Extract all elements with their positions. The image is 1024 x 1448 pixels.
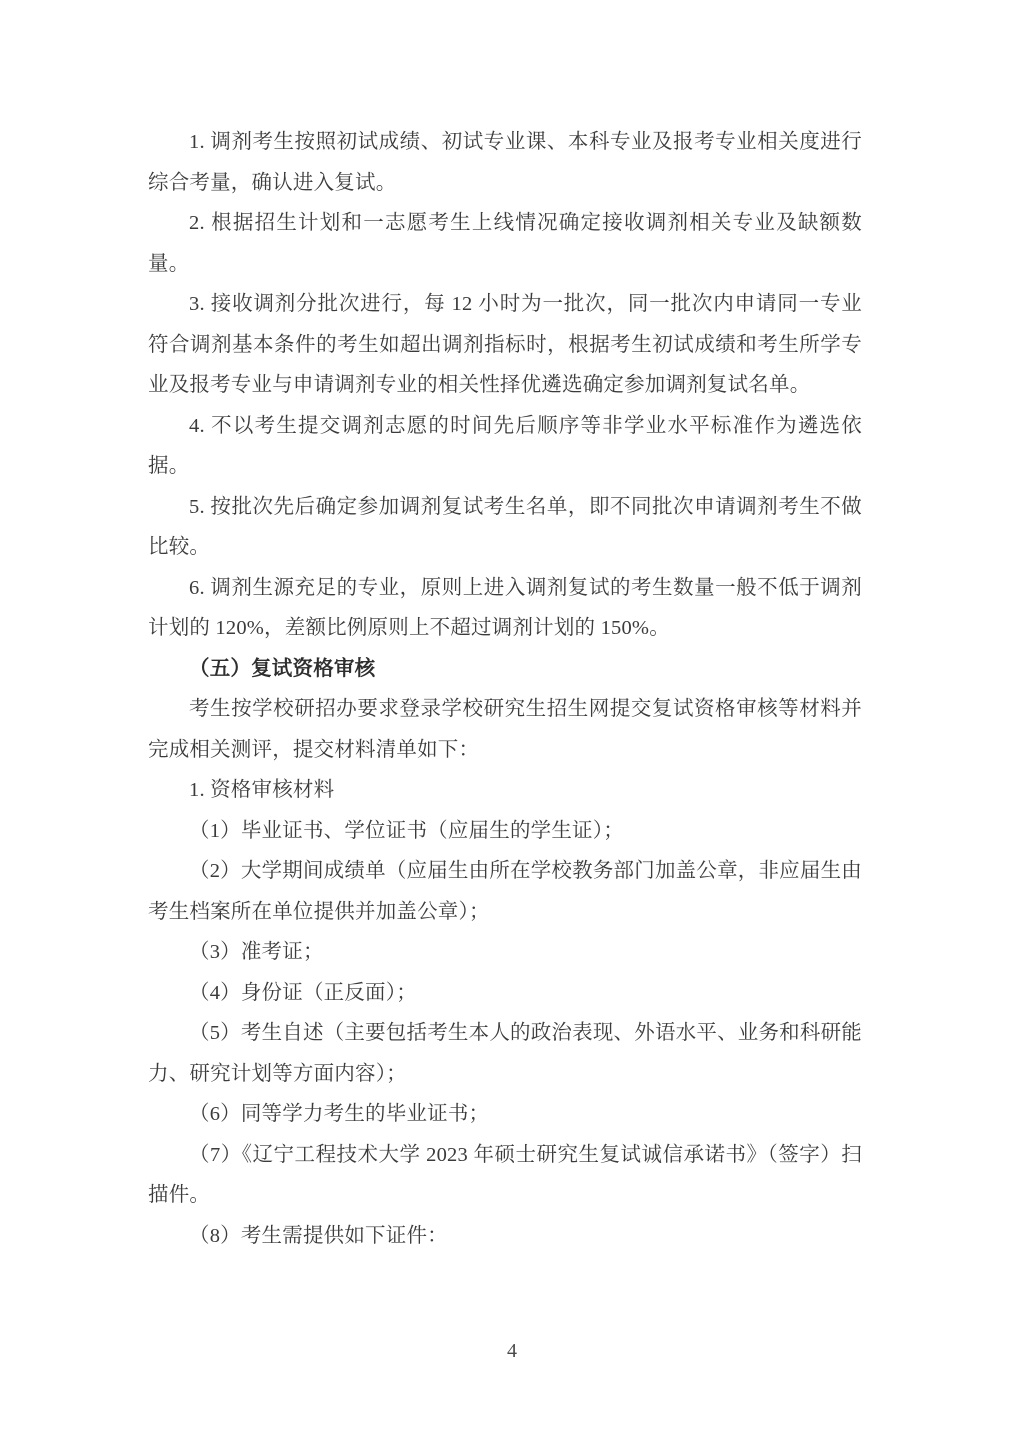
material-item-5: （5）考生自述（主要包括考生本人的政治表现、外语水平、业务和科研能力、研究计划等…	[148, 1013, 862, 1094]
section-heading-review-qualification: （五）复试资格审核	[148, 649, 862, 690]
material-item-3: （3）准考证；	[148, 932, 862, 973]
material-item-2: （2）大学期间成绩单（应届生由所在学校教务部门加盖公章，非应届生由考生档案所在单…	[148, 851, 862, 932]
paragraph-item-2: 2. 根据招生计划和一志愿考生上线情况确定接收调剂相关专业及缺额数量。	[148, 203, 862, 284]
material-item-8: （8）考生需提供如下证件：	[148, 1216, 862, 1257]
material-item-6: （6）同等学力考生的毕业证书；	[148, 1094, 862, 1135]
paragraph-item-5: 5. 按批次先后确定参加调剂复试考生名单，即不同批次申请调剂考生不做比较。	[148, 487, 862, 568]
material-item-4: （4）身份证（正反面）；	[148, 973, 862, 1014]
paragraph-item-1: 1. 调剂考生按照初试成绩、初试专业课、本科专业及报考专业相关度进行综合考量，确…	[148, 122, 862, 203]
document-page: 1. 调剂考生按照初试成绩、初试专业课、本科专业及报考专业相关度进行综合考量，确…	[0, 0, 1024, 1448]
material-item-1: （1）毕业证书、学位证书（应届生的学生证）；	[148, 811, 862, 852]
page-number: 4	[0, 1338, 1024, 1364]
subheading-qualification-materials: 1. 资格审核材料	[148, 770, 862, 811]
material-item-7: （7）《辽宁工程技术大学 2023 年硕士研究生复试诚信承诺书》（签字）扫描件。	[148, 1135, 862, 1216]
paragraph-item-3: 3. 接收调剂分批次进行，每 12 小时为一批次，同一批次内申请同一专业符合调剂…	[148, 284, 862, 406]
paragraph-item-6: 6. 调剂生源充足的专业，原则上进入调剂复试的考生数量一般不低于调剂计划的 12…	[148, 568, 862, 649]
document-body: 1. 调剂考生按照初试成绩、初试专业课、本科专业及报考专业相关度进行综合考量，确…	[148, 122, 862, 1256]
paragraph-item-4: 4. 不以考生提交调剂志愿的时间先后顺序等非学业水平标准作为遴选依据。	[148, 406, 862, 487]
paragraph-intro-materials: 考生按学校研招办要求登录学校研究生招生网提交复试资格审核等材料并完成相关测评，提…	[148, 689, 862, 770]
